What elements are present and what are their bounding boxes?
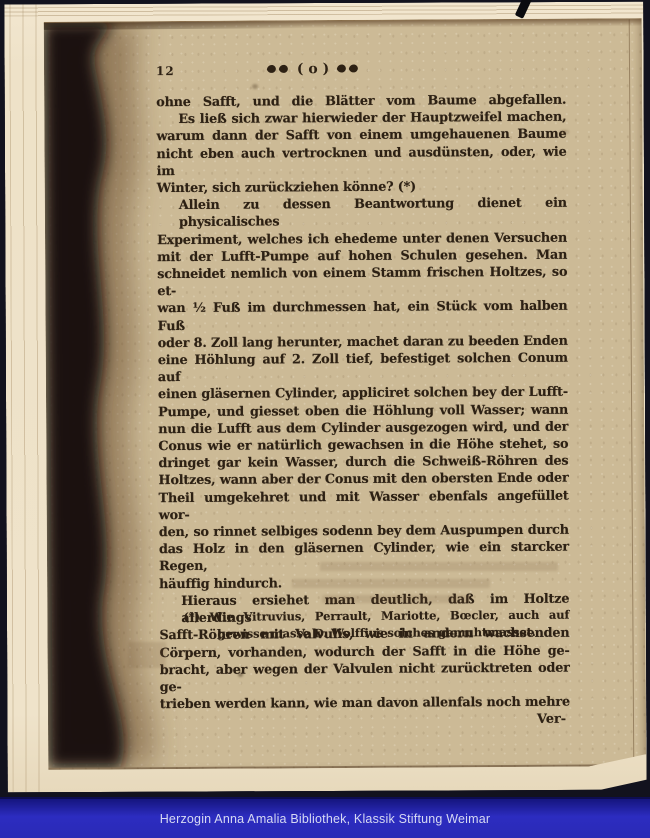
show-through-smudge (292, 579, 490, 588)
body-line: Theil umgekehret und mit Wasser ebenfals… (159, 487, 569, 524)
header-ornament: ( o ) (264, 61, 362, 78)
body-line: trieben werden kann, wie man davon allen… (160, 694, 570, 714)
show-through-smudge (320, 562, 558, 571)
show-through-smudge (128, 642, 167, 668)
footnote-line: gewisse masse D. Wolffius solches gemuht… (183, 624, 569, 643)
body-line: Allein zu dessen Beantwortung dienet ein… (157, 195, 567, 232)
caption-text: Herzogin Anna Amalia Bibliothek, Klassik… (160, 812, 491, 826)
body-line: Holtzes, wann aber der Conus mit den obe… (158, 470, 568, 490)
body-line: Cörpern, vorhanden, wodurch der Safft in… (160, 642, 570, 662)
show-through-smudge (322, 595, 470, 603)
foxing-spot (560, 130, 569, 134)
ornament-center: ( o ) (297, 61, 329, 77)
footnote: (*) Wie Vitruvius, Perrault, Mariotte, B… (183, 607, 569, 643)
body-line: bracht, aber wegen der Valvulen nicht zu… (160, 659, 570, 696)
body-line: einen gläsernen Cylinder, appliciret sol… (158, 384, 568, 404)
fleuron-left-icon (264, 62, 292, 76)
fleuron-right-icon (334, 62, 362, 76)
foxing-spot (252, 84, 258, 89)
foxing-spot (238, 672, 243, 677)
body-line: eine Höhlung auf 2. Zoll tief, befestige… (158, 350, 568, 387)
body-line: wan ½ Fuß im durchmessen hat, ein Stück … (157, 298, 567, 335)
running-header: 12 ( o ) (156, 60, 566, 85)
scanned-book-page: 12 ( o ) ohne Safft, und die Blätter vom… (0, 0, 650, 838)
page-content: 12 ( o ) ohne Safft, und die Blätter vom… (156, 20, 571, 767)
catchword: Ver- (160, 711, 570, 731)
body-line: schneidet nemlich von einem Stamm frisch… (157, 264, 567, 301)
body-line: warum dann der Safft von einem umgehauen… (156, 126, 566, 146)
body-line: nicht eben auch vertrocknen und ausdünst… (156, 143, 566, 180)
page-fold-line (629, 19, 635, 764)
page-number: 12 (156, 64, 175, 78)
caption-bar: Herzogin Anna Amalia Bibliothek, Klassik… (0, 797, 650, 838)
